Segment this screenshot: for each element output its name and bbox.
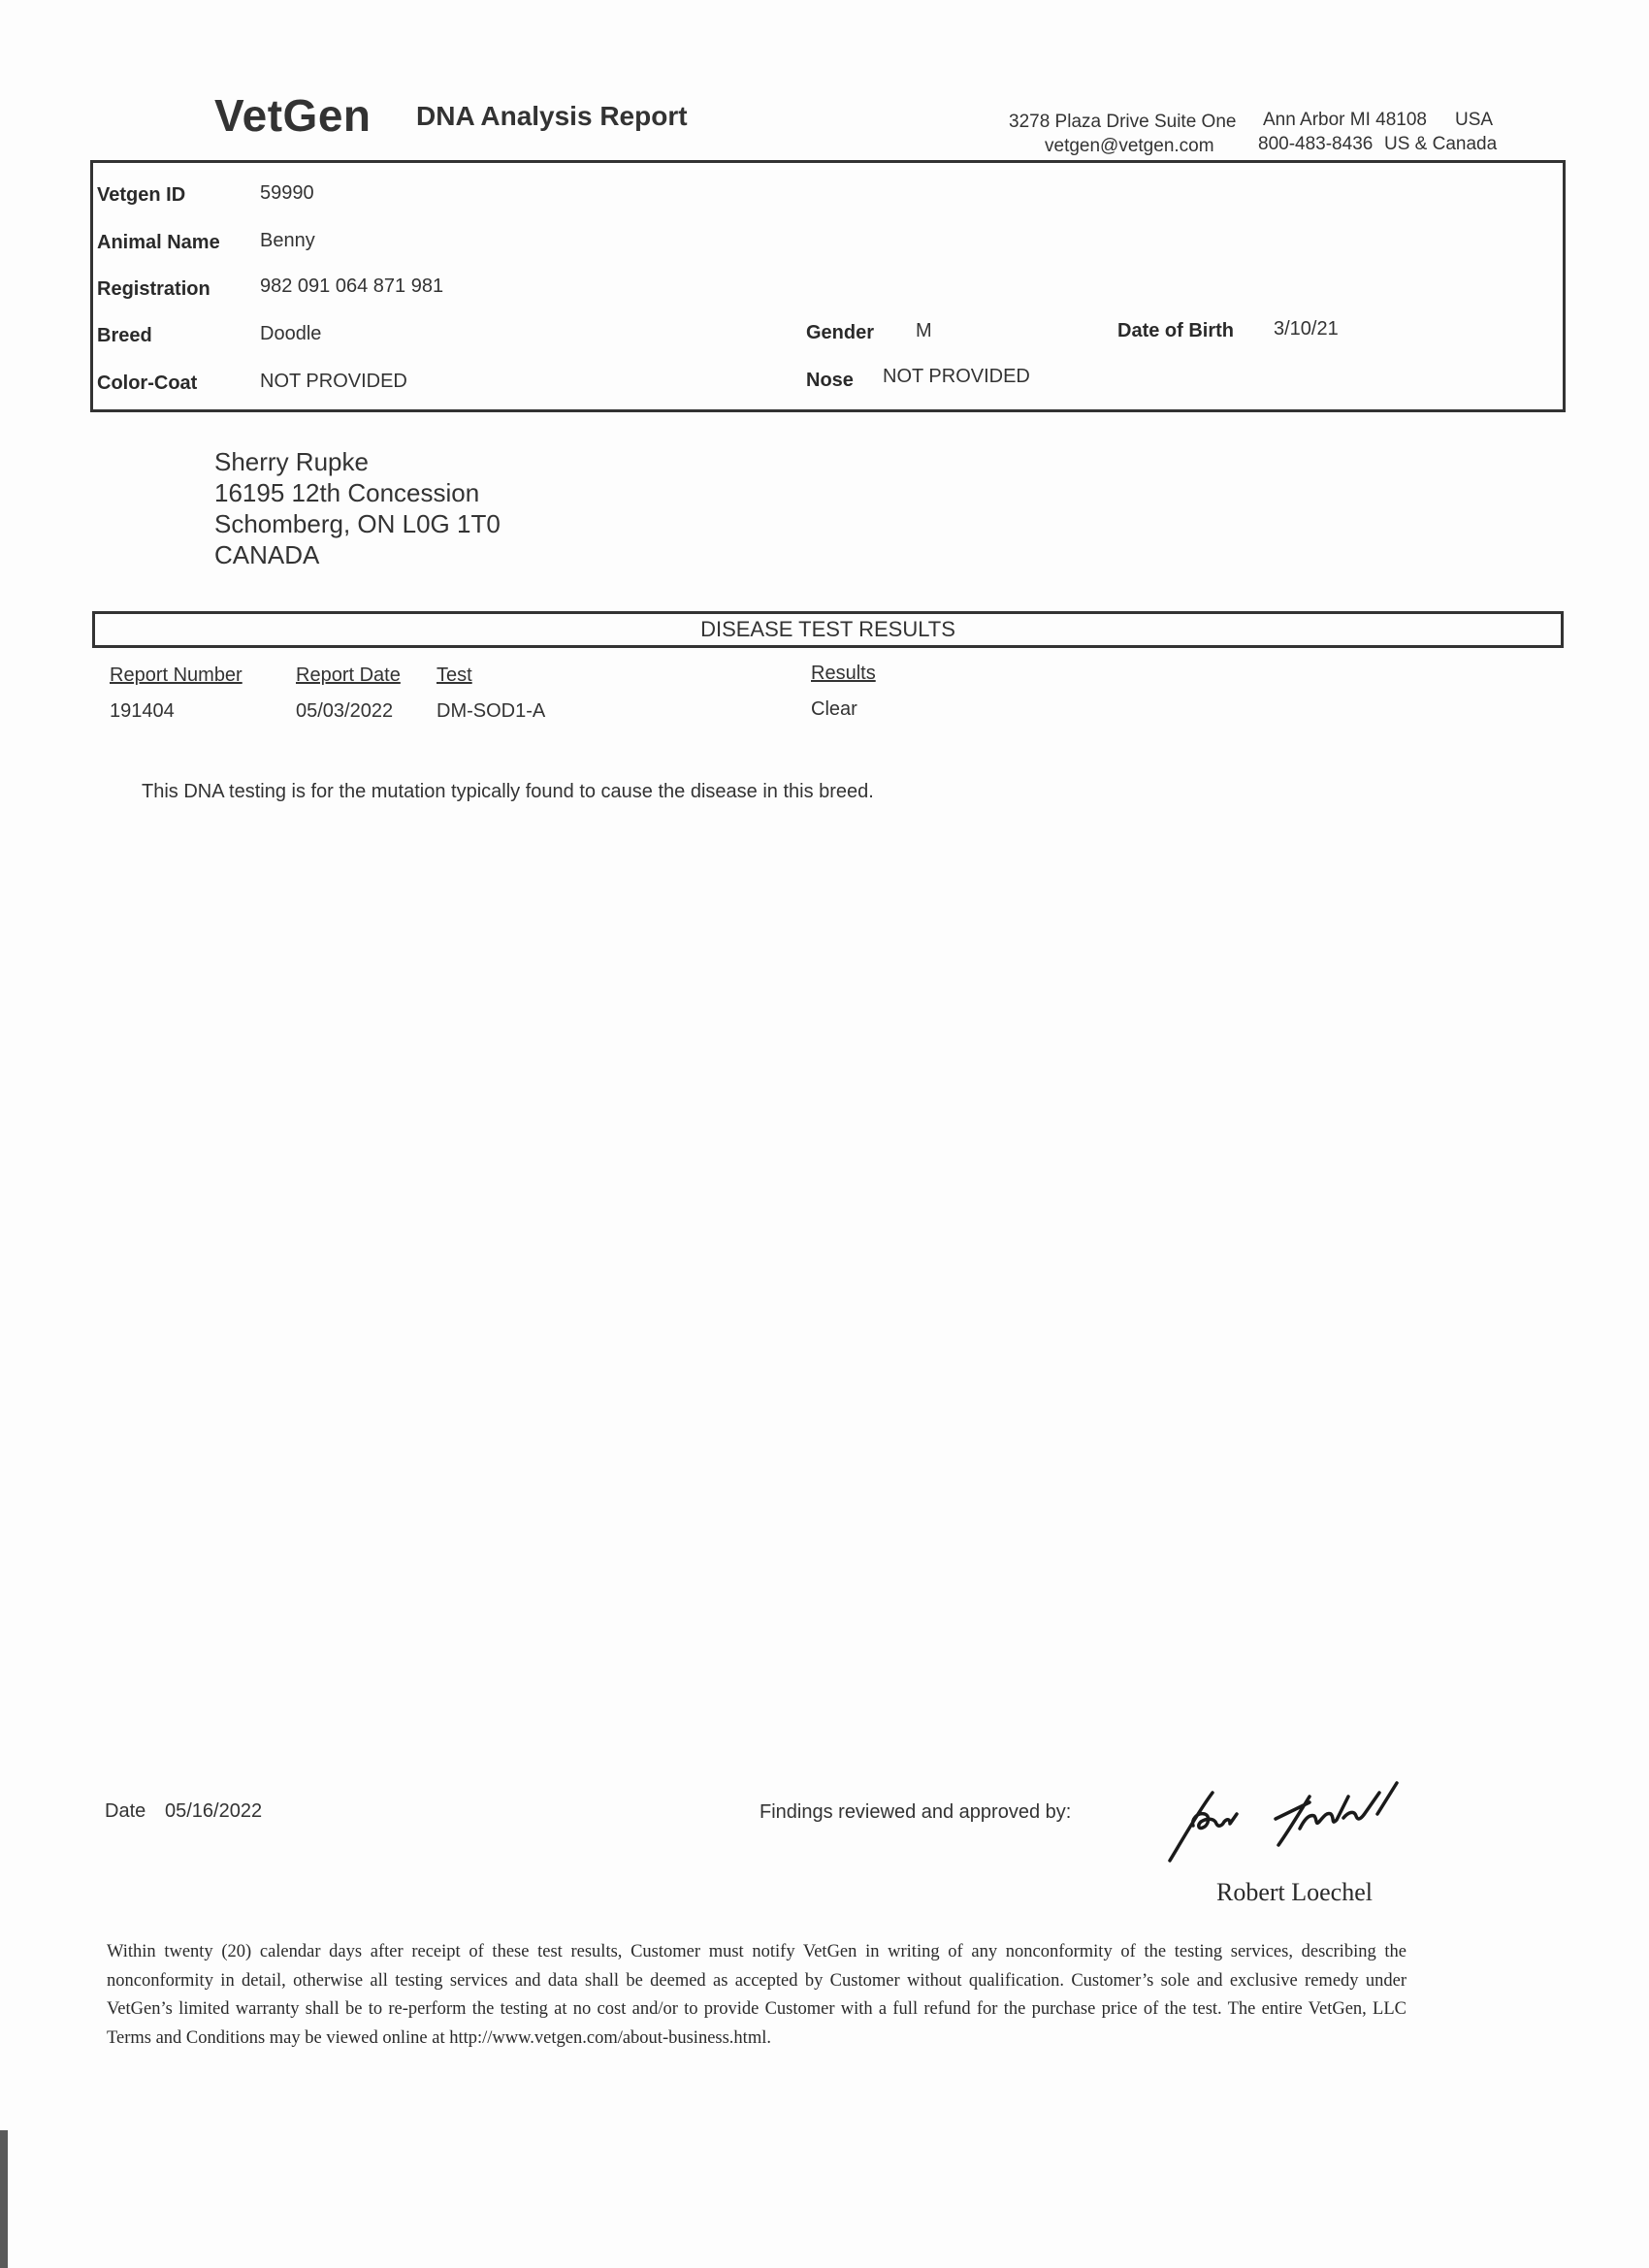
gender-label: Gender [806,322,874,344]
owner-country: CANADA [214,539,319,570]
registration-value: 982 091 064 871 981 [260,275,443,298]
report-title: DNA Analysis Report [416,101,688,132]
signature-icon [1154,1775,1455,1872]
test-result: Clear [811,698,857,721]
animal-name-value: Benny [260,230,315,252]
company-country: USA [1455,110,1493,131]
company-email: vetgen@vetgen.com [1045,136,1214,157]
color-coat-value: NOT PROVIDED [260,371,407,393]
nose-label: Nose [806,370,854,392]
company-street: 3278 Plaza Drive Suite One [1009,112,1236,133]
report-date-label: Date [105,1800,145,1823]
test-name: DM-SOD1-A [436,700,545,723]
dob-label: Date of Birth [1117,320,1234,342]
gender-value: M [916,320,932,342]
report-date: 05/03/2022 [296,700,393,723]
color-coat-label: Color-Coat [97,373,197,395]
breed-value: Doodle [260,323,321,345]
company-phone: 800-483-8436 [1258,134,1373,155]
signer-name: Robert Loechel [1216,1878,1373,1907]
company-city: Ann Arbor MI 48108 [1263,110,1427,131]
animal-name-label: Animal Name [97,232,220,254]
vetgen-id-value: 59990 [260,182,314,205]
owner-city: Schomberg, ON L0G 1T0 [214,508,501,539]
disease-results-header: DISEASE TEST RESULTS [92,611,1564,648]
col-report-number: Report Number [110,664,242,687]
nose-value: NOT PROVIDED [883,366,1030,388]
company-phone-region: US & Canada [1384,134,1497,155]
testing-note: This DNA testing is for the mutation typ… [142,781,874,803]
report-issue-date: 05/16/2022 [165,1800,262,1823]
dob-value: 3/10/21 [1274,318,1339,340]
col-report-date: Report Date [296,664,401,687]
breed-label: Breed [97,325,152,347]
registration-label: Registration [97,278,210,301]
col-results: Results [811,663,876,685]
approval-label: Findings reviewed and approved by: [760,1801,1071,1824]
legal-disclaimer: Within twenty (20) calendar days after r… [107,1938,1406,2053]
report-number: 191404 [110,700,175,723]
vetgen-id-label: Vetgen ID [97,184,185,207]
col-test: Test [436,664,472,687]
owner-name: Sherry Rupke [214,446,369,477]
scan-edge-artifact [0,2130,8,2268]
vetgen-logo: VetGen [214,89,372,142]
owner-street: 16195 12th Concession [214,477,479,508]
